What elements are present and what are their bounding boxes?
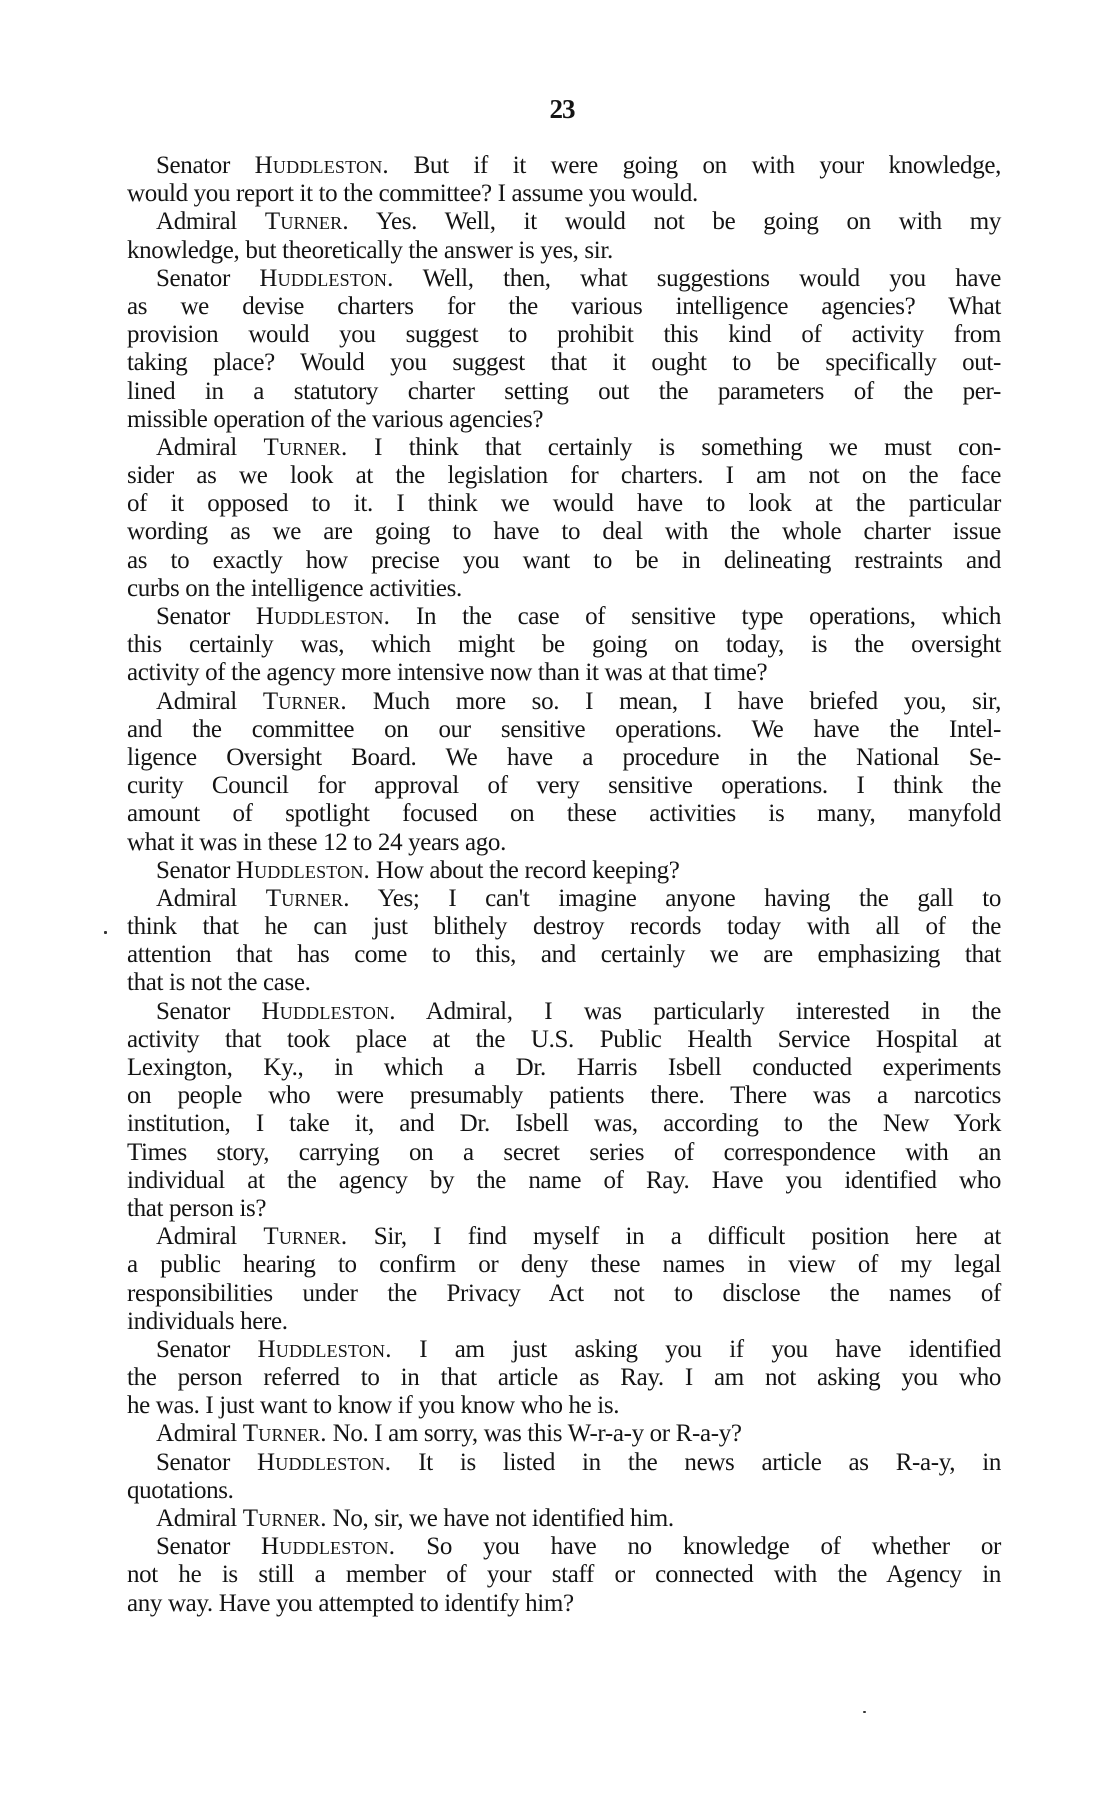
text-line: that is not the case. [127,969,1001,997]
text-line: sider as we look at the legislation for … [127,462,1001,490]
text-line: would you report it to the committee? I … [127,180,1001,208]
speaker-name: Turner. [243,1420,327,1447]
line-text: Yes. Well, it would not be going on with… [349,208,1001,235]
text-line: and the committee on our sensitive opera… [127,716,1001,744]
text-line: Times story, carrying on a secret series… [127,1139,1001,1167]
text-line: Admiral Turner. Much more so. I mean, I … [127,688,1001,716]
line-text: Admiral, I was particularly interested i… [396,998,1001,1025]
speaker-title: Senator [156,1449,230,1476]
text-line: quotations. [127,1477,1001,1505]
speaker-name: Turner. [265,208,349,235]
line-text: No. I am sorry, was this W-r-a-y or R-a-… [327,1420,742,1447]
text-line: Admiral Turner. No. I am sorry, was this… [127,1420,1001,1448]
text-line: he was. I just want to know if you know … [127,1392,1001,1420]
text-line: ligence Oversight Board. We have a proce… [127,744,1001,772]
line-text: In the case of sensitive type operations… [390,603,1001,630]
text-line: not he is still a member of your staff o… [127,1561,1001,1589]
testimony-paragraph: Senator Huddleston. Well, then, what sug… [127,265,1001,434]
text-line: wording as we are going to have to deal … [127,518,1001,546]
text-line: Lexington, Ky., in which a Dr. Harris Is… [127,1054,1001,1082]
line-text: Much more so. I mean, I have briefed you… [347,688,1001,715]
text-line: individual at the agency by the name of … [127,1167,1001,1195]
line-text: Well, then, what suggestions would you h… [394,265,1001,292]
text-line: what it was in these 12 to 24 years ago. [127,829,1001,857]
text-line: Senator Huddleston. Admiral, I was parti… [127,998,1001,1026]
speaker-title: Senator [156,998,230,1025]
text-line: a public hearing to confirm or deny thes… [127,1251,1001,1279]
speaker-title: Senator [156,603,230,630]
text-line: of it opposed to it. I think we would ha… [127,490,1001,518]
testimony-paragraph: Senator Huddleston. Admiral, I was parti… [127,998,1001,1224]
testimony-paragraph: Admiral Turner. Much more so. I mean, I … [127,688,1001,857]
text-line: this certainly was, which might be going… [127,631,1001,659]
text-line: curity Council for approval of very sens… [127,772,1001,800]
scan-speck [104,931,107,934]
transcript-body: Senator Huddleston. But if it were going… [127,152,1001,1618]
page-number: 23 [12,94,1100,125]
text-line: Senator Huddleston. But if it were going… [127,152,1001,180]
testimony-paragraph: Senator Huddleston. In the case of sensi… [127,603,1001,688]
testimony-paragraph: Admiral Turner. Sir, I find myself in a … [127,1223,1001,1336]
speaker-title: Admiral [156,434,237,461]
text-line: institution, I take it, and Dr. Isbell w… [127,1110,1001,1138]
text-line: Admiral Turner. Yes; I can't imagine any… [127,885,1001,913]
speaker-name: Huddleston. [257,1336,391,1363]
speaker-name: Turner. [263,1223,347,1250]
speaker-title: Admiral [156,1223,237,1250]
text-line: activity of the agency more intensive no… [127,659,1001,687]
text-line: responsibilities under the Privacy Act n… [127,1280,1001,1308]
text-line: on people who were presumably patients t… [127,1082,1001,1110]
speaker-title: Senator [156,857,230,884]
text-line: lined in a statutory charter setting out… [127,378,1001,406]
speaker-name: Turner. [266,885,350,912]
speaker-name: Turner. [263,688,347,715]
text-line: Senator Huddleston. I am just asking you… [127,1336,1001,1364]
text-line: think that he can just blithely destroy … [127,913,1001,941]
line-text: How about the record keeping? [370,857,680,884]
line-text: So you have no knowledge of whether or [395,1533,1001,1560]
scan-speck [863,1711,866,1713]
speaker-name: Huddleston. [261,1533,395,1560]
text-line: provision would you suggest to prohibit … [127,321,1001,349]
speaker-name: Huddleston. [262,998,396,1025]
testimony-paragraph: Admiral Turner. I think that certainly i… [127,434,1001,603]
text-line: Senator Huddleston. So you have no knowl… [127,1533,1001,1561]
testimony-paragraph: Admiral Turner. No. I am sorry, was this… [127,1420,1001,1448]
text-line: as we devise charters for the various in… [127,293,1001,321]
testimony-paragraph: Admiral Turner. Yes; I can't imagine any… [127,885,1001,998]
line-text: Sir, I find myself in a difficult positi… [347,1223,1001,1250]
text-line: the person referred to in that article a… [127,1364,1001,1392]
speaker-name: Huddleston. [259,265,393,292]
line-text: It is listed in the news article as R-a-… [391,1449,1001,1476]
testimony-paragraph: Senator Huddleston. I am just asking you… [127,1336,1001,1421]
text-line: any way. Have you attempted to identify … [127,1590,1001,1618]
testimony-paragraph: Senator Huddleston. So you have no knowl… [127,1533,1001,1618]
text-line: curbs on the intelligence activities. [127,575,1001,603]
speaker-title: Admiral [156,1505,237,1532]
speaker-title: Senator [156,265,230,292]
text-line: Admiral Turner. I think that certainly i… [127,434,1001,462]
text-line: missible operation of the various agenci… [127,406,1001,434]
testimony-paragraph: Senator Huddleston. How about the record… [127,857,1001,885]
text-line: individuals here. [127,1308,1001,1336]
speaker-title: Senator [156,1533,230,1560]
speaker-title: Admiral [156,688,237,715]
text-line: Admiral Turner. Yes. Well, it would not … [127,208,1001,236]
text-line: Admiral Turner. Sir, I find myself in a … [127,1223,1001,1251]
speaker-title: Admiral [156,1420,237,1447]
line-text: I am just asking you if you have identif… [392,1336,1001,1363]
text-line: attention that has come to this, and cer… [127,941,1001,969]
speaker-title: Senator [156,1336,230,1363]
text-line: amount of spotlight focused on these act… [127,800,1001,828]
text-line: Senator Huddleston. Well, then, what sug… [127,265,1001,293]
speaker-title: Senator [156,152,230,179]
line-text: No, sir, we have not identified him. [327,1505,674,1532]
testimony-paragraph: Admiral Turner. No, sir, we have not ide… [127,1505,1001,1533]
line-text: I think that certainly is something we m… [347,434,1001,461]
speaker-name: Turner. [264,434,348,461]
text-line: that person is? [127,1195,1001,1223]
text-line: knowledge, but theoretically the answer … [127,237,1001,265]
speaker-title: Admiral [156,208,237,235]
speaker-name: Huddleston. [236,857,370,884]
speaker-name: Turner. [243,1505,327,1532]
testimony-paragraph: Admiral Turner. Yes. Well, it would not … [127,208,1001,264]
speaker-title: Admiral [156,885,237,912]
speaker-name: Huddleston. [257,1449,391,1476]
speaker-name: Huddleston. [256,603,390,630]
text-line: as to exactly how precise you want to be… [127,547,1001,575]
text-line: taking place? Would you suggest that it … [127,349,1001,377]
text-line: Senator Huddleston. How about the record… [127,857,1001,885]
line-text: But if it were going on with your knowle… [389,152,1001,179]
line-text: Yes; I can't imagine anyone having the g… [350,885,1001,912]
testimony-paragraph: Senator Huddleston. It is listed in the … [127,1449,1001,1505]
testimony-paragraph: Senator Huddleston. But if it were going… [127,152,1001,208]
speaker-name: Huddleston. [255,152,389,179]
text-line: activity that took place at the U.S. Pub… [127,1026,1001,1054]
text-line: Senator Huddleston. In the case of sensi… [127,603,1001,631]
text-line: Admiral Turner. No, sir, we have not ide… [127,1505,1001,1533]
text-line: Senator Huddleston. It is listed in the … [127,1449,1001,1477]
